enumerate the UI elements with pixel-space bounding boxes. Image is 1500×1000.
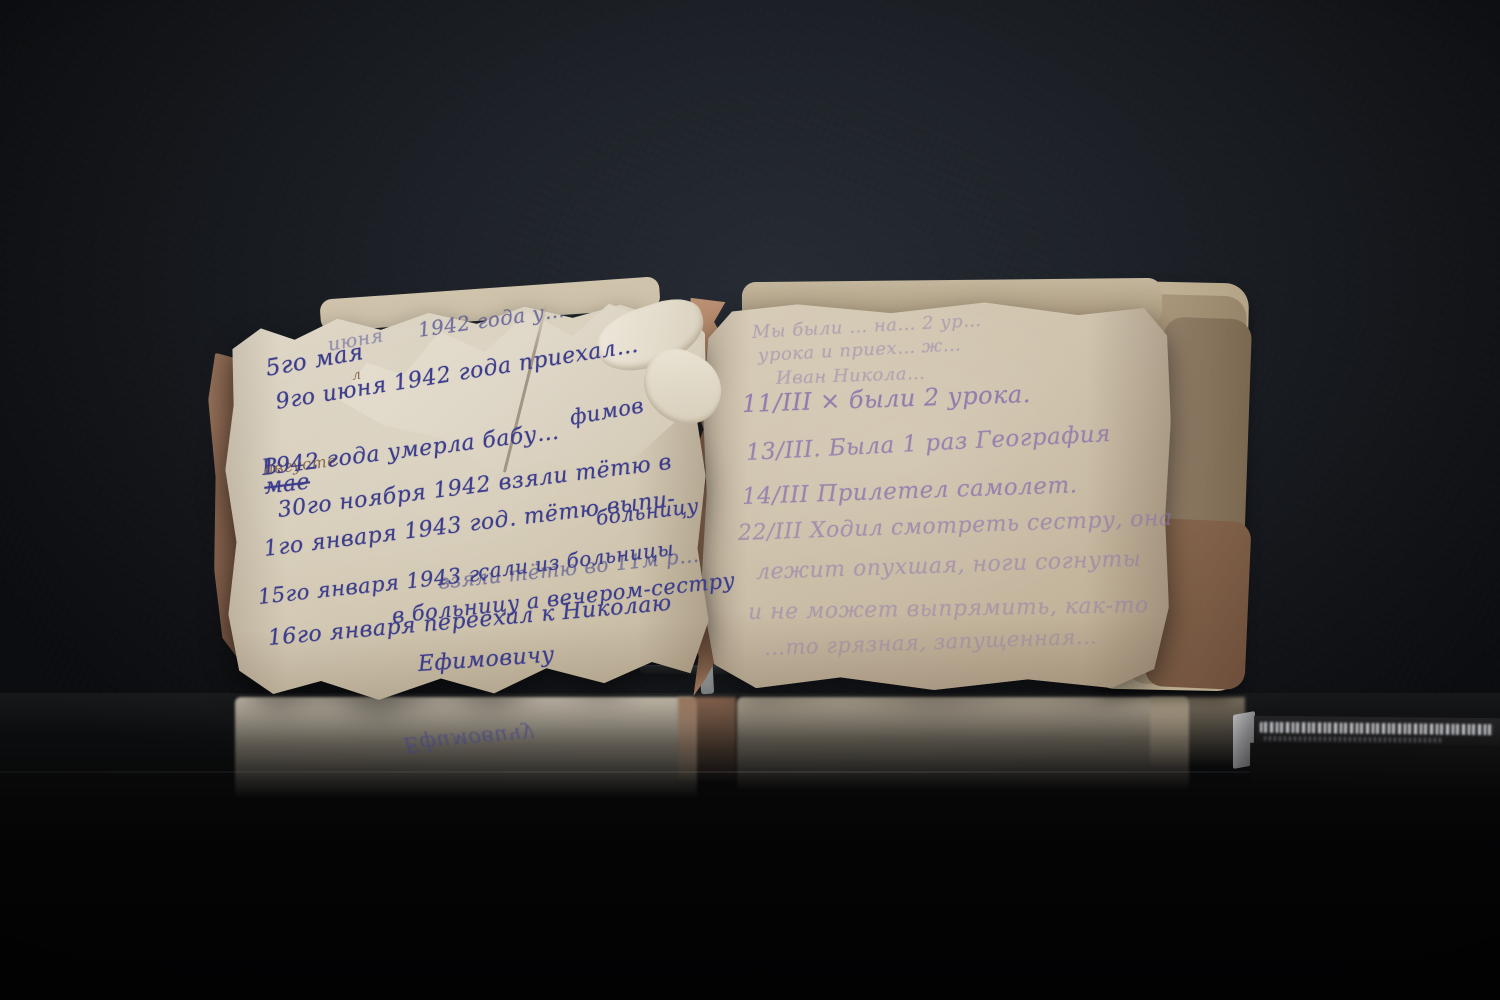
museum-label-text [1260,722,1494,735]
museum-label-subtext [1264,736,1444,743]
museum-label-body [1250,743,1500,786]
museum-exhibit-photo: Ефимовичу 5го мая июня 1942 года у… 9го … [0,0,1500,1000]
museum-label [1254,716,1500,747]
